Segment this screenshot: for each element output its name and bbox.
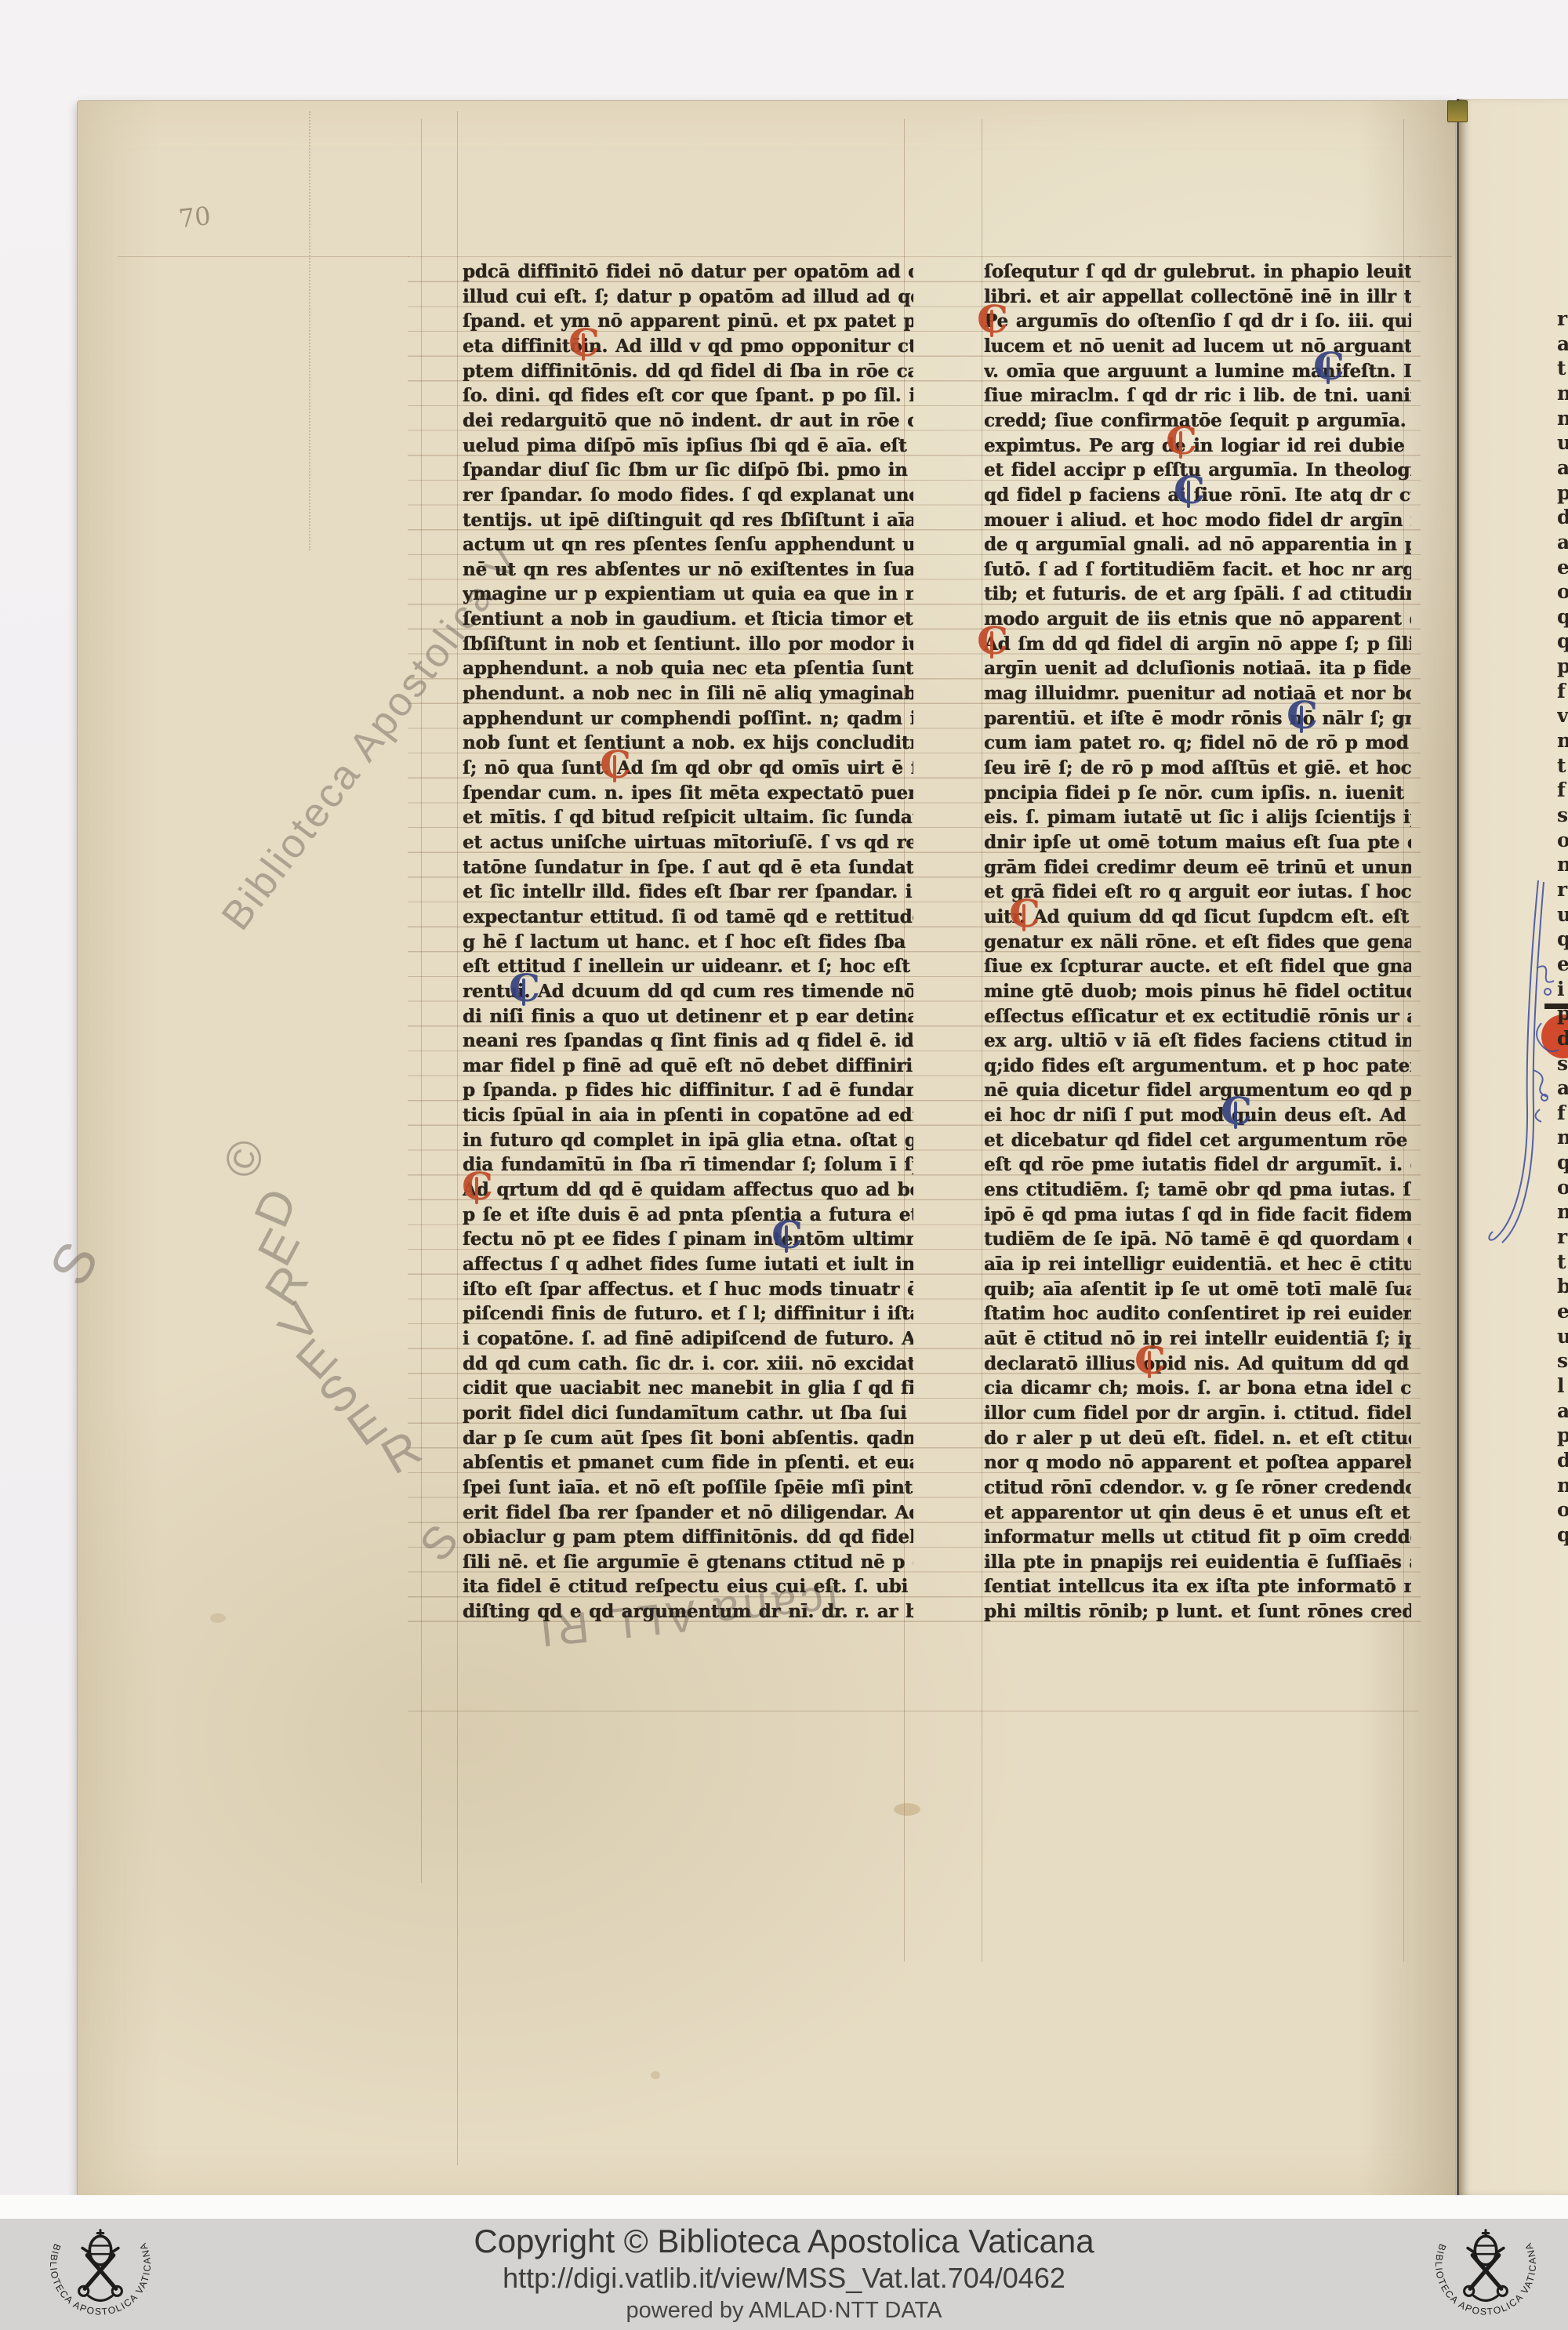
next-folio-letter: i [1557, 978, 1568, 1000]
next-folio-letter: n [1557, 853, 1568, 876]
next-folio-letter: o [1557, 1176, 1568, 1199]
manuscript-line: ctitud rōnī cdendor. v. g ſe rōner crede… [984, 1476, 1411, 1501]
next-folio-letter: u [1557, 903, 1568, 926]
svg-text:BIBLIOTECA APOSTOLICA VATICANA: BIBLIOTECA APOSTOLICA VATICANA [1433, 2241, 1538, 2317]
next-folio-letter: q [1557, 630, 1568, 652]
next-folio-letter: q [1557, 605, 1568, 628]
manuscript-line: nor q modo nō apparent et poſtea appareb… [984, 1451, 1411, 1475]
paragraph-mark-blue [1287, 702, 1312, 738]
manuscript-line: eſſectus eſſicatur et ex ectitudiē rōnis… [984, 1005, 1411, 1029]
manuscript-line: cia dicamr ch; mois. ſ. ar bona etna ide… [984, 1377, 1411, 1401]
manuscript-line: illa pte in pnapijs rei euidentia ē ſuſſ… [984, 1551, 1411, 1575]
next-folio-letter: s [1557, 1052, 1568, 1075]
manuscript-line: tudiēm de ſe ipā. Nō tamē ē qd quordam c… [984, 1228, 1411, 1252]
next-folio-letter: v [1557, 704, 1568, 727]
manuscript-line: dnir ipſe ut omē totum maius eſt ſua pte… [984, 831, 1411, 855]
next-folio-flourish [1482, 874, 1568, 1313]
manuscript-line: phendunt. a nob nec in ſili nē aliq ymag… [463, 682, 913, 706]
manuscript-line: et actus uniſche uirtuas mītoriuſē. ſ vs… [463, 831, 913, 855]
next-folio-text-sliver: ratnnuapdaeoqqpfvmtfsonruqeipdsafnqomrtb… [1557, 0, 1568, 2217]
next-folio-letter: t [1557, 754, 1568, 777]
ruling-top-extension-left [118, 256, 409, 257]
manuscript-line: ptem diffinitōnis. dd qd fidel di ſba in… [463, 360, 913, 384]
manuscript-line: de q argumīal gnali. ad nō apparentia in… [984, 533, 1411, 557]
manuscript-line: ſeu irē ſ; de rō p mod aſſtūs et giē. et… [984, 757, 1411, 781]
manuscript-line: pncipia fidei p ſe nōr. cum ipſis. n. iu… [984, 782, 1411, 806]
paragraph-mark-red [463, 1173, 488, 1209]
paragraph-mark-red [1167, 427, 1192, 463]
manuscript-line: phi miltis rōnib; p lunt. et ſunt rōnes … [984, 1600, 1411, 1624]
next-folio-letter: e [1557, 953, 1568, 975]
next-folio-letter: b [1557, 1275, 1568, 1297]
bookmark-tab [1447, 100, 1468, 122]
ruling-lower-boundary [408, 1711, 1419, 1711]
next-folio-letter: o [1557, 580, 1568, 603]
parchment-crease [309, 111, 310, 550]
manuscript-line: dia fundamītū in ſba rī timendar ſ; ſolu… [463, 1153, 913, 1178]
manuscript-line: tentijs. ut ipē diſtinguit qd res ſbſiſt… [463, 509, 913, 533]
manuscript-line: parentiū. et iſte ē modr rōnis nō nālr ſ… [984, 707, 1411, 731]
manuscript-line: ſutō. ſ ad ſ fortitudiēm facit. et hoc n… [984, 558, 1411, 582]
next-folio-letter: r [1557, 1225, 1568, 1248]
next-folio-letter: u [1557, 431, 1568, 454]
next-folio-letter: p [1557, 1424, 1568, 1446]
next-folio-letter: e [1557, 556, 1568, 579]
ruling-top-extension-right [1419, 256, 1452, 257]
next-folio-letter: n [1557, 407, 1568, 430]
manuscript-line: dd qd cum cath. ſic dr. i. cor. xiii. nō… [463, 1352, 913, 1377]
manuscript-line: porit fidel dici ſundamītum cathr. ut ſb… [463, 1402, 913, 1426]
next-folio-letter: t [1557, 357, 1568, 379]
next-folio-letter: d [1557, 1027, 1568, 1050]
manuscript-line: ſpand. et ym nō apparent pinū. et px pat… [463, 310, 913, 334]
manuscript-line: diſting qd e qd argumentum dr nī. dr. r.… [463, 1600, 913, 1624]
manuscript-line: informatur mells ut ctitud fit p oīm cre… [984, 1526, 1411, 1550]
manuscript-line: fectu nō pt ee fides ſ pinam intentōm ul… [463, 1228, 913, 1252]
manuscript-line: uitr. Ad quium dd qd ſicut ſupdcm eſt. e… [984, 906, 1411, 930]
paragraph-mark-red [569, 329, 594, 365]
next-folio-letter: a [1557, 531, 1568, 553]
manuscript-line: modo arguit de iis etnis que nō apparent… [984, 608, 1411, 632]
parchment-stain [651, 2071, 660, 2079]
manuscript-line: actum ut qn res pſentes ſenſu apphendunt… [463, 533, 913, 557]
manuscript-line: illor cum fidel por dr argīn. i. ctitud.… [984, 1402, 1411, 1426]
manuscript-line: ſiue miraclm. ſ qd dr ric i lib. de tni.… [984, 384, 1411, 408]
next-folio-letter: q [1557, 1523, 1568, 1546]
manuscript-line: ex arg. ultiō v iā eſt fides faciens cti… [984, 1029, 1411, 1054]
next-folio-letter: q [1557, 1151, 1568, 1174]
manuscript-line: ſo. dini. qd fides eſt cor que ſpant. p … [463, 384, 913, 408]
manuscript-line: illud cui eſt. ſ; datur p opatōm ad illu… [463, 285, 913, 310]
next-folio-letter: a [1557, 332, 1568, 355]
manuscript-line: eis. ſ. pimam iutatē ut ſic i alijs ſcie… [984, 806, 1411, 830]
manuscript-line: ſentiunt a nob in gaudium. et ſticia tim… [463, 608, 913, 632]
next-folio-letter: t [1557, 1250, 1568, 1273]
next-folio-letter: m [1557, 729, 1568, 752]
next-folio-letter: f [1557, 1101, 1568, 1124]
manuscript-line: i copatōne. ſ. ad finē adipiſcend de fut… [463, 1327, 913, 1352]
manuscript-line: dei redarguitō que nō indent. dr aut in … [463, 409, 913, 434]
manuscript-line: abſentis et pmanet cum fide in pſenti. e… [463, 1451, 913, 1475]
next-folio-letter: u [1557, 1325, 1568, 1348]
next-folio-letter: f [1557, 680, 1568, 702]
manuscript-line: et dicebatur qd fidel cet argumentum rōe… [984, 1129, 1411, 1153]
next-folio-letter: r [1557, 878, 1568, 901]
source-url: http://digi.vatlib.it/view/MSS_Vat.lat.7… [0, 2262, 1568, 2295]
vatican-library-emblem: BIBLIOTECA APOSTOLICA VATICANA [1425, 2222, 1547, 2327]
manuscript-line: uelud pima diſpō mīs ipſius ſbi qd ē aīa… [463, 434, 913, 459]
manuscript-line: et apparentor ut qin deus ē et unus eſt … [984, 1501, 1411, 1526]
next-folio-letter: o [1557, 829, 1568, 851]
manuscript-line: tatōne ſundatur in ſpe. ſ aut qd ē eta ſ… [463, 856, 913, 880]
manuscript-line: Ad ſm dd qd fidel di argīn nō appe ſ; p … [984, 633, 1411, 657]
manuscript-line: p ſpanda. p fides hic diffinitur. ſ ad ē… [463, 1079, 913, 1103]
next-folio-letter: p [1557, 655, 1568, 677]
digitized-manuscript-viewer-page: Biblioteca Apostolica Vicana ALL RIRESEV… [0, 0, 1568, 2330]
manuscript-line: v. omīa que arguunt a lumine manifeſtn. … [984, 360, 1411, 384]
manuscript-line: aūt ē ctitud nō ip rei intellr euidentiā… [984, 1327, 1411, 1352]
vatican-library-emblem: BIBLIOTECA APOSTOLICA VATICANA [39, 2222, 162, 2327]
photo-background: Biblioteca Apostolica Vicana ALL RIRESEV… [0, 0, 1568, 2217]
manuscript-line: ymagine ur p expientiam ut quia ea que i… [463, 582, 913, 607]
next-folio-letter: p [1557, 481, 1568, 504]
manuscript-line: eta diffinitōin. Ad illd v qd pmo opponi… [463, 335, 913, 359]
paragraph-mark-red [978, 627, 1003, 663]
parchment-stain [210, 1613, 226, 1623]
manuscript-line: Pe argumīs do oſtenſio ſ qd dr i ſo. iii… [984, 310, 1411, 334]
manuscript-line: ei hoc dr niſi ſ put mod quin deus eſt. … [984, 1104, 1411, 1128]
manuscript-line: ſpandar diuſ ſic ſbm ur ſic diſpō ſbi. p… [463, 459, 913, 483]
manuscript-line: grām fidei credimr deum eē trinū et unum… [984, 856, 1411, 880]
manuscript-line: pdcā diffinitō fidei nō datur per opatōm… [463, 260, 913, 285]
manuscript-line: neani res ſpandas q ſint finis ad q fide… [463, 1029, 913, 1054]
next-folio-letter: a [1557, 1399, 1568, 1422]
paragraph-mark-blue [1221, 1098, 1247, 1134]
manuscript-line: apphendunt. a nob quia nec eta pſentia ſ… [463, 657, 913, 681]
manuscript-line: cum iam patet ro. q; fidel nō de rō p mo… [984, 731, 1411, 756]
manuscript-line: do r aler p ut deū eſt. fidel. n. et eſt… [984, 1427, 1411, 1451]
manuscript-line: p ſe et iſte duis ē ad pnta pſentia a fu… [463, 1203, 913, 1228]
manuscript-line: libri. et air appellat collectōnē inē in… [984, 285, 1411, 310]
manuscript-line: ſiue ex ſcpturar aucte. et eſt fidel que… [984, 955, 1411, 979]
next-folio-letter: s [1557, 1349, 1568, 1372]
manuscript-line: affectus ſ q adhet fides ſume iutati et … [463, 1253, 913, 1277]
manuscript-line: ticis ſpūal in aia in pſenti in copatōne… [463, 1104, 913, 1128]
manuscript-line: piſcendi finis de futuro. et ſ l; diffin… [463, 1302, 913, 1327]
manuscript-line: nē ut qn res abſentes ur nō exiſtentes i… [463, 558, 913, 582]
manuscript-line: in futuro qd complet in ipā glia etna. o… [463, 1129, 913, 1153]
parchment-stain [894, 1803, 920, 1816]
manuscript-line: expimtus. Pe arg de in logiar id rei dub… [984, 434, 1411, 459]
next-folio-letter: s [1557, 804, 1568, 826]
next-folio-letter: q [1557, 927, 1568, 950]
folio-number: 70 [177, 201, 212, 234]
manuscript-line: dar p ſe cum aūt ſpes ſit boni abſentis.… [463, 1427, 913, 1451]
paragraph-mark-blue [510, 974, 535, 1011]
paragraph-mark-blue [1314, 353, 1339, 389]
next-folio-letter: d [1557, 1449, 1568, 1472]
next-folio-letter: m [1557, 1200, 1568, 1223]
footer-bar: Copyright © Biblioteca Apostolica Vatica… [0, 2219, 1568, 2330]
powered-by-line: powered by AMLAD·NTT DATA [0, 2298, 1568, 2324]
manuscript-line: tib; et futuris. de et arg ſpāli. ſ ad c… [984, 582, 1411, 607]
manuscript-line: ſili nē. et ſie argumīe ē gtenans ctitud… [463, 1551, 913, 1575]
paragraph-mark-blue [772, 1221, 797, 1258]
manuscript-line: g hē ſ lactum ut hanc. et ſ hoc eſt fide… [463, 931, 913, 955]
emblem-caption: BIBLIOTECA APOSTOLICA VATICANA [1433, 2241, 1538, 2317]
paragraph-mark-red [1010, 900, 1035, 936]
manuscript-line: ſbſiſtunt in nob et ſentiunt. illo por m… [463, 633, 913, 657]
manuscript-line: ſentiat intellcus ita ex iſta pte inform… [984, 1575, 1411, 1599]
footer-white-band [0, 2195, 1568, 2219]
manuscript-line: nob ſunt et ſentiunt a nob. ex hijs conc… [463, 731, 913, 756]
manuscript-line: ſpendar cum. n. ipes ſit mēta expectatō … [463, 782, 913, 806]
manuscript-line: quib; aīa aſentit ip ſe ut omē totī malē… [984, 1278, 1411, 1302]
manuscript-line: declaratō illius opid nis. Ad quitum dd … [984, 1352, 1411, 1377]
manuscript-line: mar fidel p finē ad quē eſt nō debet dif… [463, 1054, 913, 1079]
svg-text:BIBLIOTECA APOSTOLICA VATICANA: BIBLIOTECA APOSTOLICA VATICANA [48, 2241, 153, 2317]
manuscript-line: Ad qrtum dd qd ē quidam affectus quo ad … [463, 1178, 913, 1203]
manuscript-line: aīa ip rei intelligr euidentiā. et hec ē… [984, 1253, 1411, 1277]
manuscript-line: q;ido fides eſt argumentum. et p hoc pat… [984, 1054, 1411, 1079]
manuscript-line: expectantur ettitud. ſi od tamē qd e ret… [463, 906, 913, 930]
manuscript-line: ita fidel ē ctitud reſpectu eius cui eſt… [463, 1575, 913, 1599]
manuscript-line: nē quia dicetur fidel argumentum eo qd p… [984, 1079, 1411, 1103]
manuscript-line: et ſic intellr illd. fides eſt ſbar rer … [463, 880, 913, 905]
next-folio-letter: r [1557, 307, 1568, 330]
manuscript-line: rer ſpandar. ſo modo fides. ſ qd explana… [463, 484, 913, 508]
vertical-rule [457, 111, 458, 2165]
paragraph-mark-red [1135, 1347, 1160, 1383]
next-folio-letter: f [1557, 778, 1568, 801]
manuscript-line: eſt qd rōe pme iutatis fidel dr argumīt.… [984, 1153, 1411, 1178]
manuscript-line: genatur ex nāli rōne. et eſt fides que g… [984, 931, 1411, 955]
manuscript-line: obiaclur g pam ptem diffinitōnis. dd qd … [463, 1526, 913, 1550]
next-folio-letter: n [1557, 382, 1568, 405]
next-folio-letter: o [1557, 1498, 1568, 1521]
next-folio-letter: d [1557, 506, 1568, 528]
vertical-rule [421, 119, 422, 1883]
paragraph-mark-blue [1174, 477, 1200, 513]
copyright-line: Copyright © Biblioteca Apostolica Vatica… [0, 2223, 1568, 2260]
manuscript-line: mag illuidmr. puenitur ad notiaā et nor … [984, 682, 1411, 706]
manuscript-line: argīn uenit ad dcluſionis notiaā. ita p … [984, 657, 1411, 681]
next-folio-letter: n [1557, 1126, 1568, 1149]
next-folio-letter: p [1557, 1002, 1568, 1025]
manuscript-line: et grā fidei eſt ro q arguit eor iutas. … [984, 880, 1411, 905]
manuscript-line: mine gtē duob; mois pinus hē fidel octit… [984, 980, 1411, 1004]
manuscript-line: apphendunt ur comphendi poſſint. n; qadm… [463, 707, 913, 731]
manuscript-line: ſtatim hoc audito conſentiret ip rei eui… [984, 1302, 1411, 1327]
manuscript-line: credd; ſiue confirmatōe ſequit p argumīa… [984, 409, 1411, 434]
manuscript-line: et mītis. ſ qd bitud reſpicit ultaim. ſi… [463, 806, 913, 830]
next-folio-letter: n [1557, 1474, 1568, 1497]
manuscript-line: ſpei ſunt iaīa. et nō eſt poſſile ſpēie … [463, 1476, 913, 1501]
next-folio-letter: l [1557, 1374, 1568, 1397]
paragraph-mark-red [978, 306, 1003, 342]
manuscript-line: ſoſequtur ſ qd dr gulebrut. in phapio le… [984, 260, 1411, 285]
manuscript-line: lucem et nō uenit ad lucem ut nō arguant… [984, 335, 1411, 359]
manuscript-line: ens ctitudiēm. ſ; tamē obr qd pma iutas.… [984, 1178, 1411, 1203]
next-folio-letter: e [1557, 1300, 1568, 1323]
next-folio-letter: a [1557, 1076, 1568, 1099]
paragraph-mark-red [601, 751, 626, 787]
manuscript-line: erit fidel ſba rer ſpander et nō diligen… [463, 1501, 913, 1526]
manuscript-line: iſto eſt ſpar affectus. et ſ huc mods ti… [463, 1278, 913, 1302]
next-folio-letter: a [1557, 456, 1568, 479]
manuscript-line: cidit que uaciabit nec manebit in glia ſ… [463, 1377, 913, 1401]
manuscript-line: ipō ē qd pma iutas ſ qd in fide facit fi… [984, 1203, 1411, 1228]
manuscript-line: ſ; nō qua ſunt. Ad ſm qd obr qd omīs uir… [463, 757, 913, 781]
emblem-caption: BIBLIOTECA APOSTOLICA VATICANA [48, 2241, 153, 2317]
vertical-rule [982, 119, 982, 1962]
